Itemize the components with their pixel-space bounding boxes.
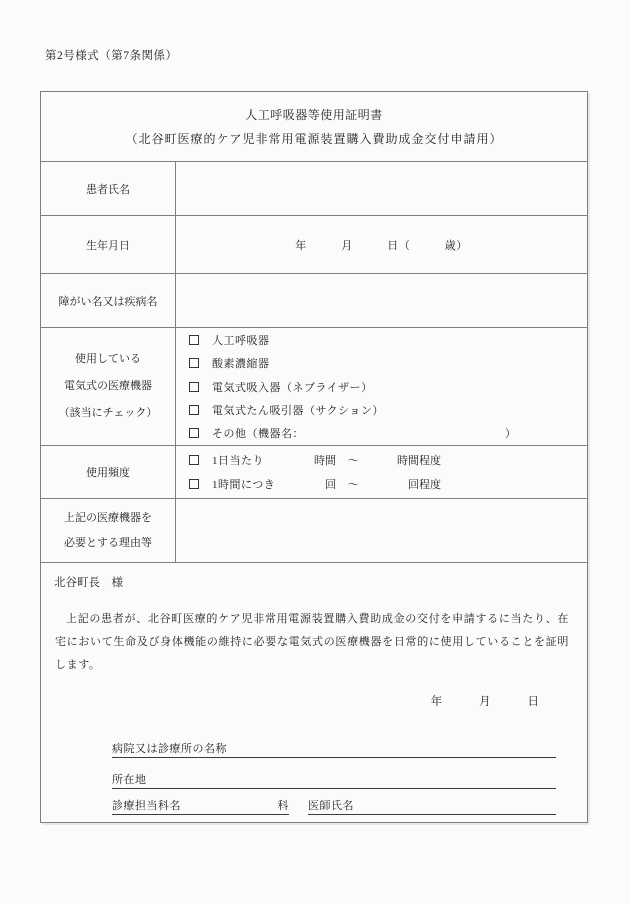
form-number-label: 第2号様式（第7条関係） bbox=[45, 47, 178, 63]
ventilator-checkbox[interactable] bbox=[189, 335, 199, 345]
devices-label-line: （該当にチェック） bbox=[59, 400, 158, 427]
birth-date-field[interactable]: 年 月 日（ 歳） bbox=[176, 216, 587, 273]
disability-field[interactable] bbox=[176, 274, 587, 327]
date-day-label: 日 bbox=[528, 696, 540, 708]
device-option-label: 酸素濃縮器 bbox=[212, 355, 270, 371]
reason-label-line: 必要とする理由等 bbox=[64, 531, 152, 556]
frequency-row: 使用頻度 1日当たり 時間 ～ 時間程度 1時間につき 回 ～ 回程度 bbox=[41, 446, 587, 499]
doctor-name-label: 医師氏名 bbox=[308, 797, 354, 813]
per-day-range-unit: 時間程度 bbox=[360, 452, 441, 468]
devices-label-line: 使用している bbox=[75, 346, 141, 373]
birth-date-label: 生年月日 bbox=[41, 216, 176, 273]
per-day-tilde: ～ bbox=[348, 452, 360, 468]
device-option-label: 人工呼吸器 bbox=[212, 332, 270, 348]
form-title-block: 人工呼吸器等使用証明書 （北谷町医療的ケア児非常用電源装置購入費助成金交付申請用… bbox=[41, 92, 587, 162]
per-day-label: 1日当たり bbox=[212, 452, 312, 468]
suction-checkbox[interactable] bbox=[189, 405, 199, 415]
hospital-name-field[interactable]: 病院又は診療所の名称 bbox=[112, 741, 556, 758]
frequency-option-per-hour: 1時間につき 回 ～ 回程度 bbox=[176, 472, 587, 496]
birth-date-row: 生年月日 年 月 日（ 歳） bbox=[41, 216, 587, 274]
disability-label: 障がい名又は疾病名 bbox=[41, 274, 176, 327]
device-option-other: その他（機器名： ） bbox=[176, 422, 587, 445]
oxygen-concentrator-checkbox[interactable] bbox=[189, 358, 199, 368]
form-title: 人工呼吸器等使用証明書 bbox=[245, 106, 383, 123]
department-label: 診療担当科名 bbox=[112, 797, 181, 813]
per-hour-range-unit: 回程度 bbox=[360, 476, 441, 492]
devices-options-cell: 人工呼吸器 酸素濃縮器 電気式吸入器（ネブライザー） 電気式たん吸引器（サクショ… bbox=[176, 328, 587, 445]
disability-row: 障がい名又は疾病名 bbox=[41, 274, 587, 328]
department-field[interactable]: 診療担当科名 科 bbox=[112, 798, 289, 815]
certificate-form: 人工呼吸器等使用証明書 （北谷町医療的ケア児非常用電源装置購入費助成金交付申請用… bbox=[40, 91, 588, 823]
date-year-label: 年 bbox=[431, 696, 443, 708]
other-device-label-close: ） bbox=[505, 425, 516, 441]
hospital-name-label: 病院又は診療所の名称 bbox=[112, 740, 227, 756]
certification-text: 上記の患者が、北谷町医療的ケア児非常用電源装置購入費助成金の交付を申請するに当た… bbox=[55, 608, 569, 677]
patient-name-label: 患者氏名 bbox=[41, 162, 176, 215]
per-hour-checkbox[interactable] bbox=[189, 479, 199, 489]
certification-section: 北谷町長 様 上記の患者が、北谷町医療的ケア児非常用電源装置購入費助成金の交付を… bbox=[41, 563, 587, 822]
per-day-unit: 時間 bbox=[312, 452, 336, 468]
devices-label: 使用している 電気式の医療機器 （該当にチェック） bbox=[41, 328, 176, 445]
frequency-options-cell: 1日当たり 時間 ～ 時間程度 1時間につき 回 ～ 回程度 bbox=[176, 446, 587, 498]
date-month-label: 月 bbox=[479, 696, 491, 708]
doctor-name-field[interactable]: 医師氏名 bbox=[308, 798, 556, 815]
address-field[interactable]: 所在地 bbox=[112, 772, 556, 789]
patient-name-field[interactable] bbox=[176, 162, 587, 215]
reason-label: 上記の医療機器を 必要とする理由等 bbox=[41, 499, 176, 562]
device-option-label: 電気式たん吸引器（サクション） bbox=[212, 402, 384, 418]
reason-label-line: 上記の医療機器を bbox=[64, 506, 152, 531]
per-hour-tilde: ～ bbox=[348, 476, 360, 492]
address-label: 所在地 bbox=[112, 771, 147, 787]
reason-row: 上記の医療機器を 必要とする理由等 bbox=[41, 499, 587, 563]
patient-name-row: 患者氏名 bbox=[41, 162, 587, 216]
devices-row: 使用している 電気式の医療機器 （該当にチェック） 人工呼吸器 酸素濃縮器 電気… bbox=[41, 328, 587, 446]
per-hour-label: 1時間につき bbox=[212, 476, 312, 492]
device-option-ventilator: 人工呼吸器 bbox=[176, 328, 587, 351]
frequency-option-per-day: 1日当たり 時間 ～ 時間程度 bbox=[176, 448, 587, 472]
device-option-label: 電気式吸入器（ネブライザー） bbox=[212, 379, 373, 395]
devices-label-line: 電気式の医療機器 bbox=[64, 373, 152, 400]
per-day-checkbox[interactable] bbox=[189, 455, 199, 465]
department-unit-label: 科 bbox=[278, 797, 290, 813]
birth-date-template: 年 月 日（ 歳） bbox=[176, 216, 587, 273]
frequency-label: 使用頻度 bbox=[41, 446, 176, 498]
device-option-oxygen-concentrator: 酸素濃縮器 bbox=[176, 351, 587, 374]
device-option-suction: 電気式たん吸引器（サクション） bbox=[176, 398, 587, 421]
addressee: 北谷町長 様 bbox=[54, 574, 123, 590]
nebulizer-checkbox[interactable] bbox=[189, 382, 199, 392]
other-device-label: その他（機器名： bbox=[212, 425, 304, 441]
other-device-checkbox[interactable] bbox=[189, 428, 199, 438]
certification-date: 年 月 日 bbox=[431, 693, 539, 709]
per-hour-unit: 回 bbox=[312, 476, 336, 492]
reason-field[interactable] bbox=[176, 499, 587, 562]
form-subtitle: （北谷町医療的ケア児非常用電源装置購入費助成金交付申請用） bbox=[125, 130, 502, 147]
device-option-nebulizer: 電気式吸入器（ネブライザー） bbox=[176, 375, 587, 398]
